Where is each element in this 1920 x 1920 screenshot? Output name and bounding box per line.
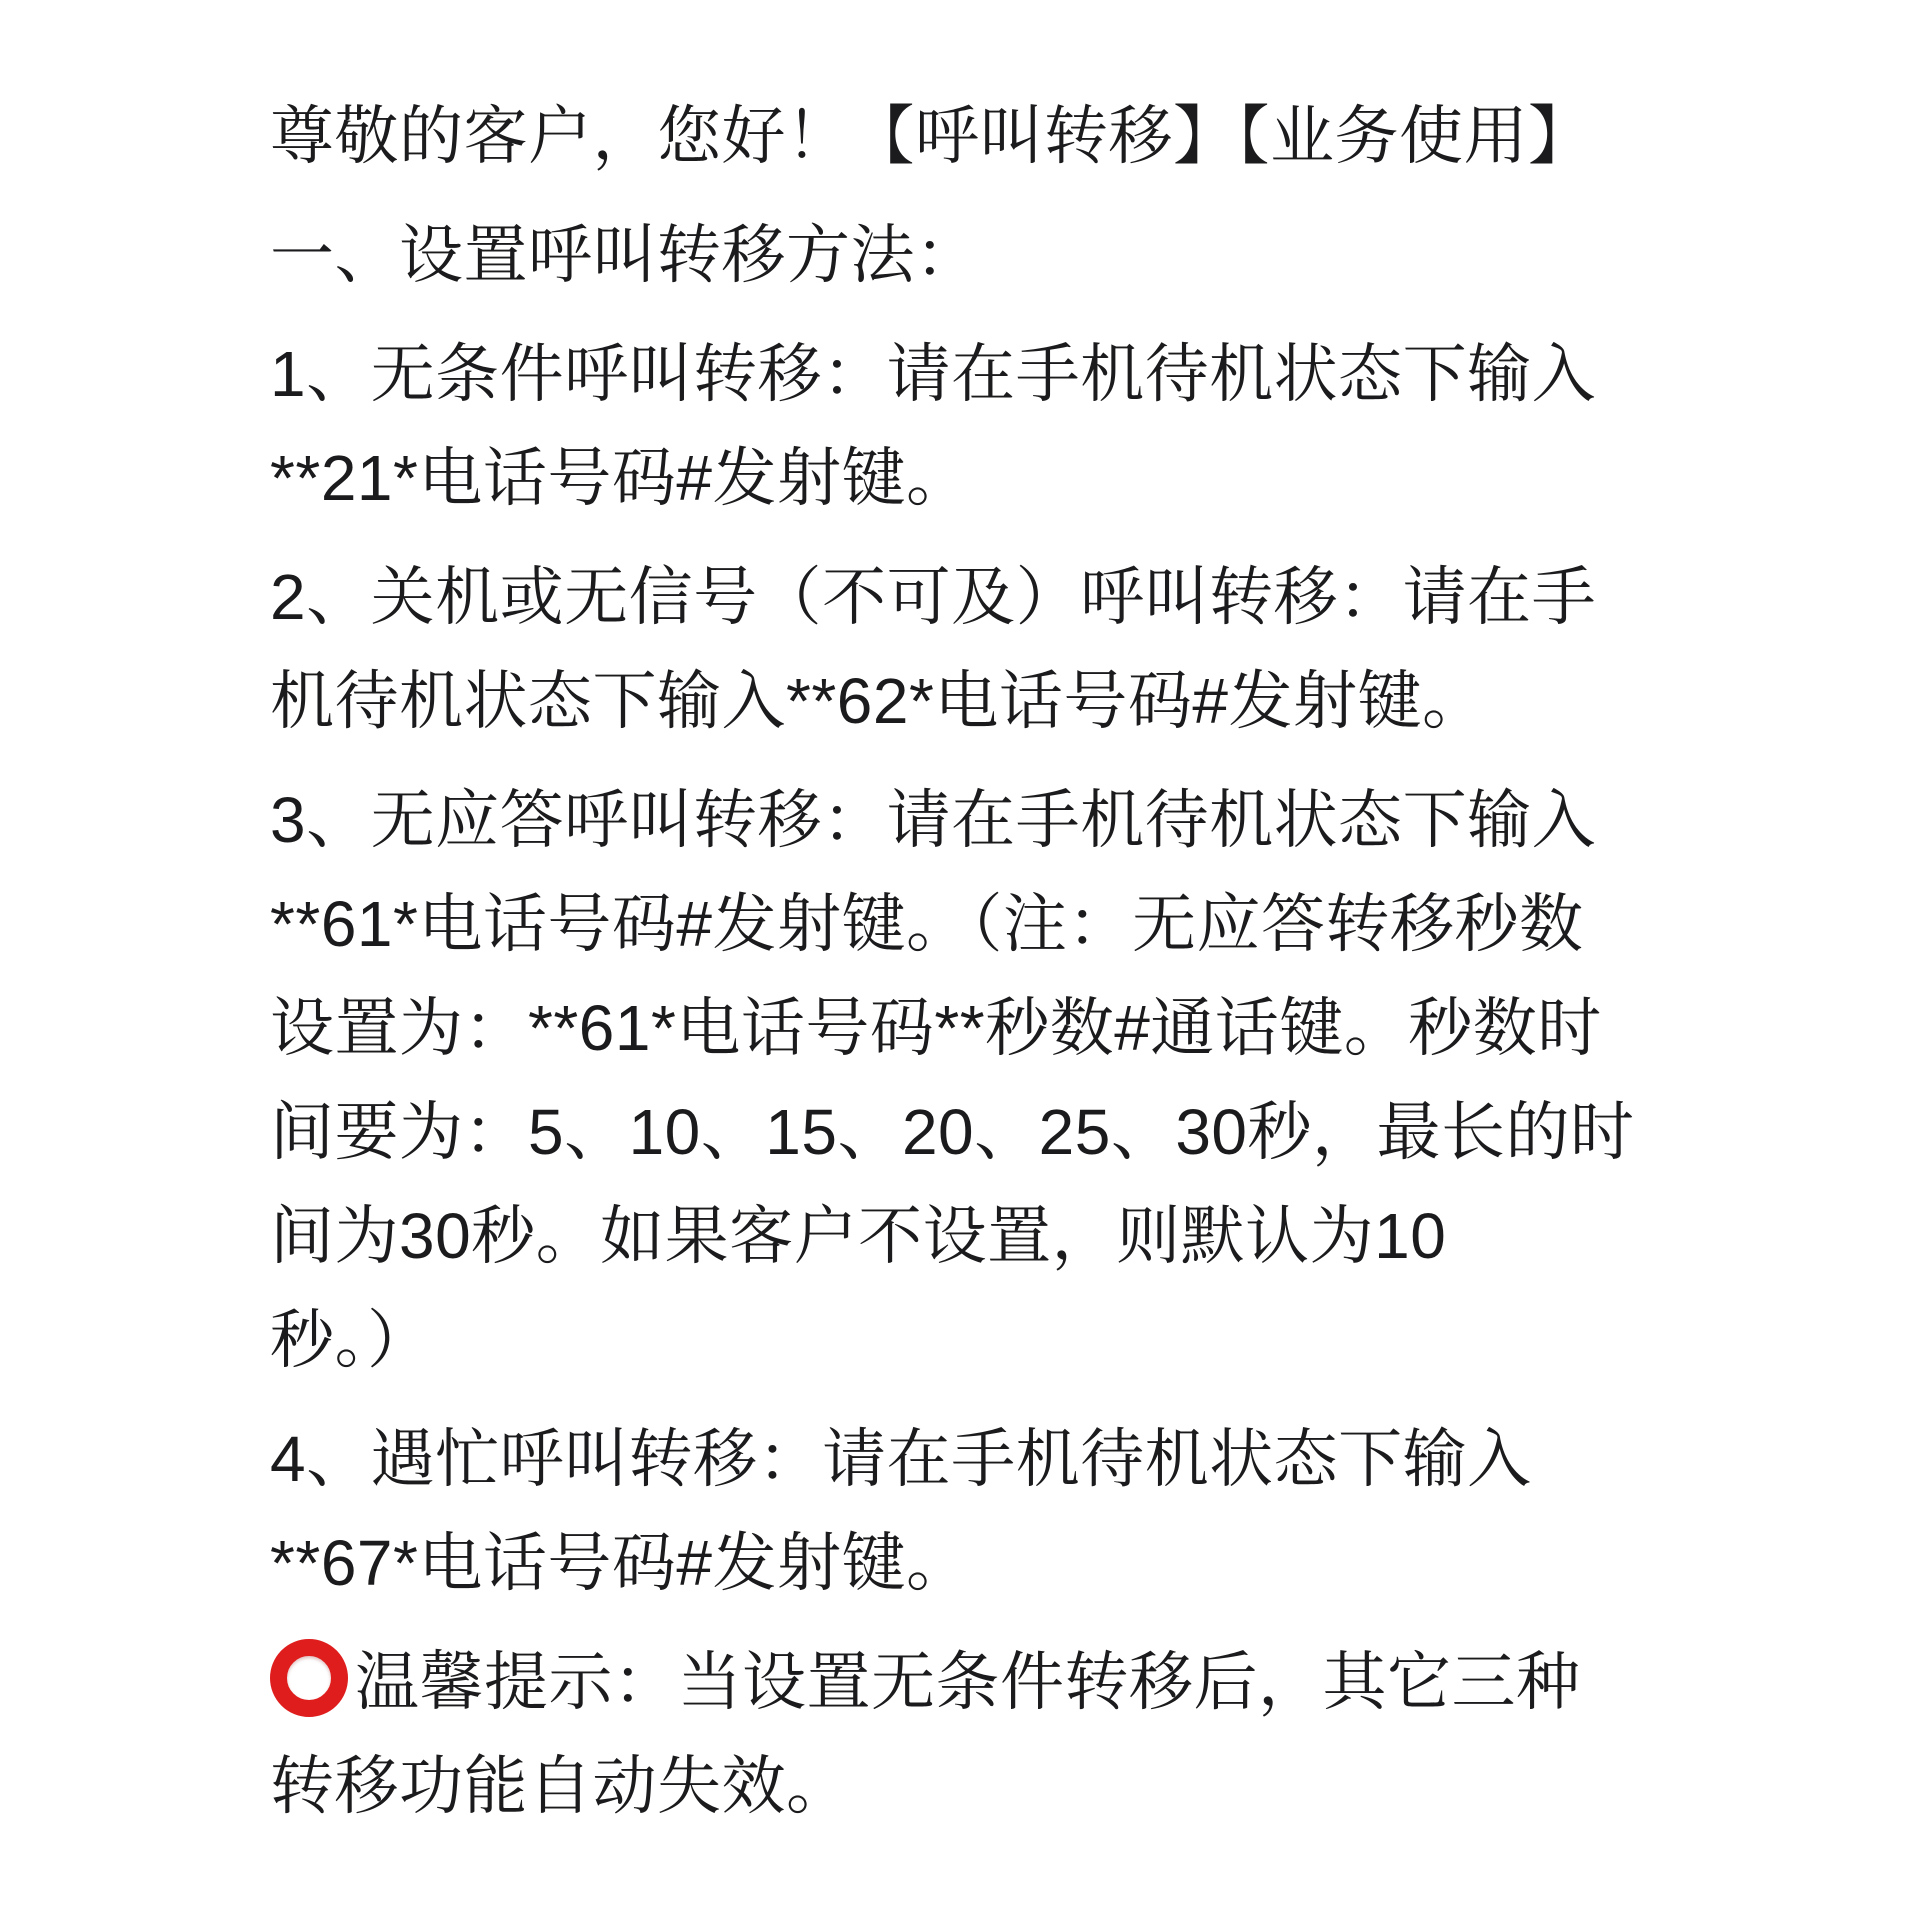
paragraph-greeting-header: 尊敬的客户，您好！【呼叫转移】【业务使用】 — [270, 84, 1880, 188]
notice-document: 尊敬的客户，您好！【呼叫转移】【业务使用】一、设置呼叫转移方法：1、无条件呼叫转… — [0, 0, 1920, 1838]
paragraph-item-2-unreachable-forwarding: 2、关机或无信号（不可及）呼叫转移：请在手机待机状态下输入**62*电话号码#发… — [270, 545, 1880, 753]
text-line: 一、设置呼叫转移方法： — [270, 203, 1880, 307]
paragraph-section-heading: 一、设置呼叫转移方法： — [270, 203, 1880, 307]
text-line: **61*电话号码#发射键。（注：无应答转移秒数 — [270, 872, 1880, 976]
text-line: 温馨提示：当设置无条件转移后，其它三种 — [270, 1630, 1880, 1734]
text-line: 间为30秒。如果客户不设置，则默认为10 — [270, 1184, 1880, 1288]
text-line: 秒。） — [270, 1288, 1880, 1392]
text-line: 设置为：**61*电话号码**秒数#通话键。秒数时 — [270, 976, 1880, 1080]
paragraph-item-1-unconditional-forwarding: 1、无条件呼叫转移：请在手机待机状态下输入**21*电话号码#发射键。 — [270, 322, 1880, 530]
text-line: 尊敬的客户，您好！【呼叫转移】【业务使用】 — [270, 84, 1880, 188]
text-line: 1、无条件呼叫转移：请在手机待机状态下输入 — [270, 322, 1880, 426]
text-line: **67*电话号码#发射键。 — [270, 1511, 1880, 1615]
paragraph-warm-tip: 温馨提示：当设置无条件转移后，其它三种转移功能自动失效。 — [270, 1630, 1880, 1838]
paragraph-item-4-busy-forwarding: 4、遇忙呼叫转移：请在手机待机状态下输入**67*电话号码#发射键。 — [270, 1407, 1880, 1615]
notice-page: 尊敬的客户，您好！【呼叫转移】【业务使用】一、设置呼叫转移方法：1、无条件呼叫转… — [0, 0, 1920, 1920]
text-line: **21*电话号码#发射键。 — [270, 426, 1880, 530]
text-line: 3、无应答呼叫转移：请在手机待机状态下输入 — [270, 768, 1880, 872]
text-line: 2、关机或无信号（不可及）呼叫转移：请在手 — [270, 545, 1880, 649]
text-line: 间要为：5、10、15、20、25、30秒，最长的时 — [270, 1080, 1880, 1184]
text-line: 转移功能自动失效。 — [270, 1734, 1880, 1838]
text-line: 机待机状态下输入**62*电话号码#发射键。 — [270, 649, 1880, 753]
text-line: 4、遇忙呼叫转移：请在手机待机状态下输入 — [270, 1407, 1880, 1511]
paragraph-item-3-no-answer-forwarding: 3、无应答呼叫转移：请在手机待机状态下输入**61*电话号码#发射键。（注：无应… — [270, 768, 1880, 1392]
red-circle-icon — [270, 1639, 348, 1717]
